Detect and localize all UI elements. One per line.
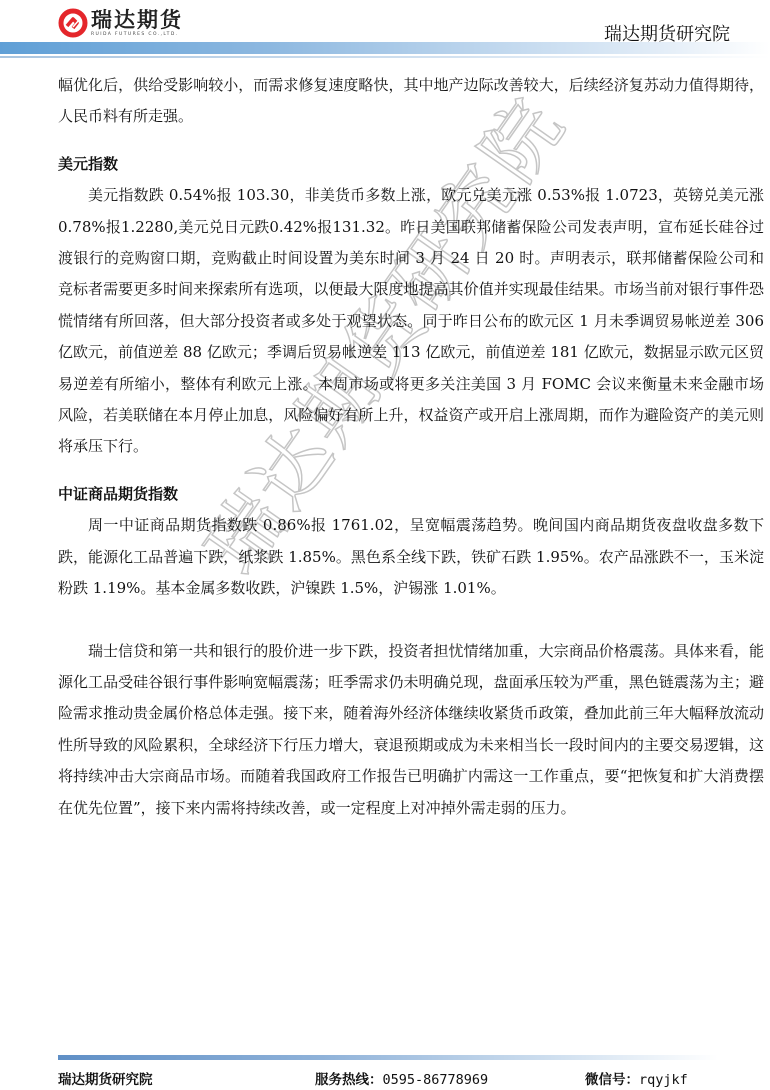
- section-body-csi-commodity-index: 周一中证商品期货指数跌 0.86%报 1761.02，呈宽幅震荡趋势。晚间国内商…: [58, 510, 764, 604]
- footer-hotline-number: 0595-86778969: [383, 1072, 489, 1088]
- section-title-csi-commodity-index: 中证商品期货指数: [58, 479, 764, 510]
- summary-paragraph: 瑞士信贷和第一共和银行的股价进一步下跌，投资者担忧情绪加重，大宗商品价格震荡。具…: [58, 636, 764, 824]
- footer-org-name: 瑞达期货研究院: [58, 1068, 153, 1088]
- footer-hotline-label: 服务热线：: [315, 1072, 383, 1088]
- intro-paragraph: 幅优化后，供给受影响较小，而需求修复速度略快，其中地产边际改善较大，后续经济复苏…: [58, 70, 764, 133]
- footer-divider-bar: [58, 1055, 718, 1060]
- footer-wechat-label: 微信号：: [585, 1072, 639, 1088]
- footer-wechat-id: rqyjkf: [639, 1072, 688, 1088]
- logo-english-name: RUIDA FUTURES CO.,LTD.: [91, 32, 183, 38]
- document-body: 幅优化后，供给受影响较小，而需求修复速度略快，其中地产边际改善较大，后续经济复苏…: [58, 70, 764, 824]
- ruida-logo-icon: [58, 8, 88, 38]
- logo-chinese-name: 瑞达期货: [91, 8, 183, 32]
- section-body-usd-index: 美元指数跌 0.54%报 103.30，非美货币多数上涨，欧元兑美元涨 0.53…: [58, 180, 764, 463]
- footer-wechat: 微信号：rqyjkf: [585, 1068, 688, 1088]
- section-title-usd-index: 美元指数: [58, 149, 764, 180]
- header-divider-bar: [0, 42, 770, 54]
- company-logo: 瑞达期货 RUIDA FUTURES CO.,LTD.: [58, 6, 183, 40]
- page-header: 瑞达期货 RUIDA FUTURES CO.,LTD. 瑞达期货研究院: [0, 0, 770, 62]
- paragraph-spacer: [58, 605, 764, 636]
- footer-hotline: 服务热线：0595-86778969: [315, 1068, 488, 1088]
- page-footer: 瑞达期货研究院 服务热线：0595-86778969 微信号：rqyjkf: [58, 1068, 718, 1088]
